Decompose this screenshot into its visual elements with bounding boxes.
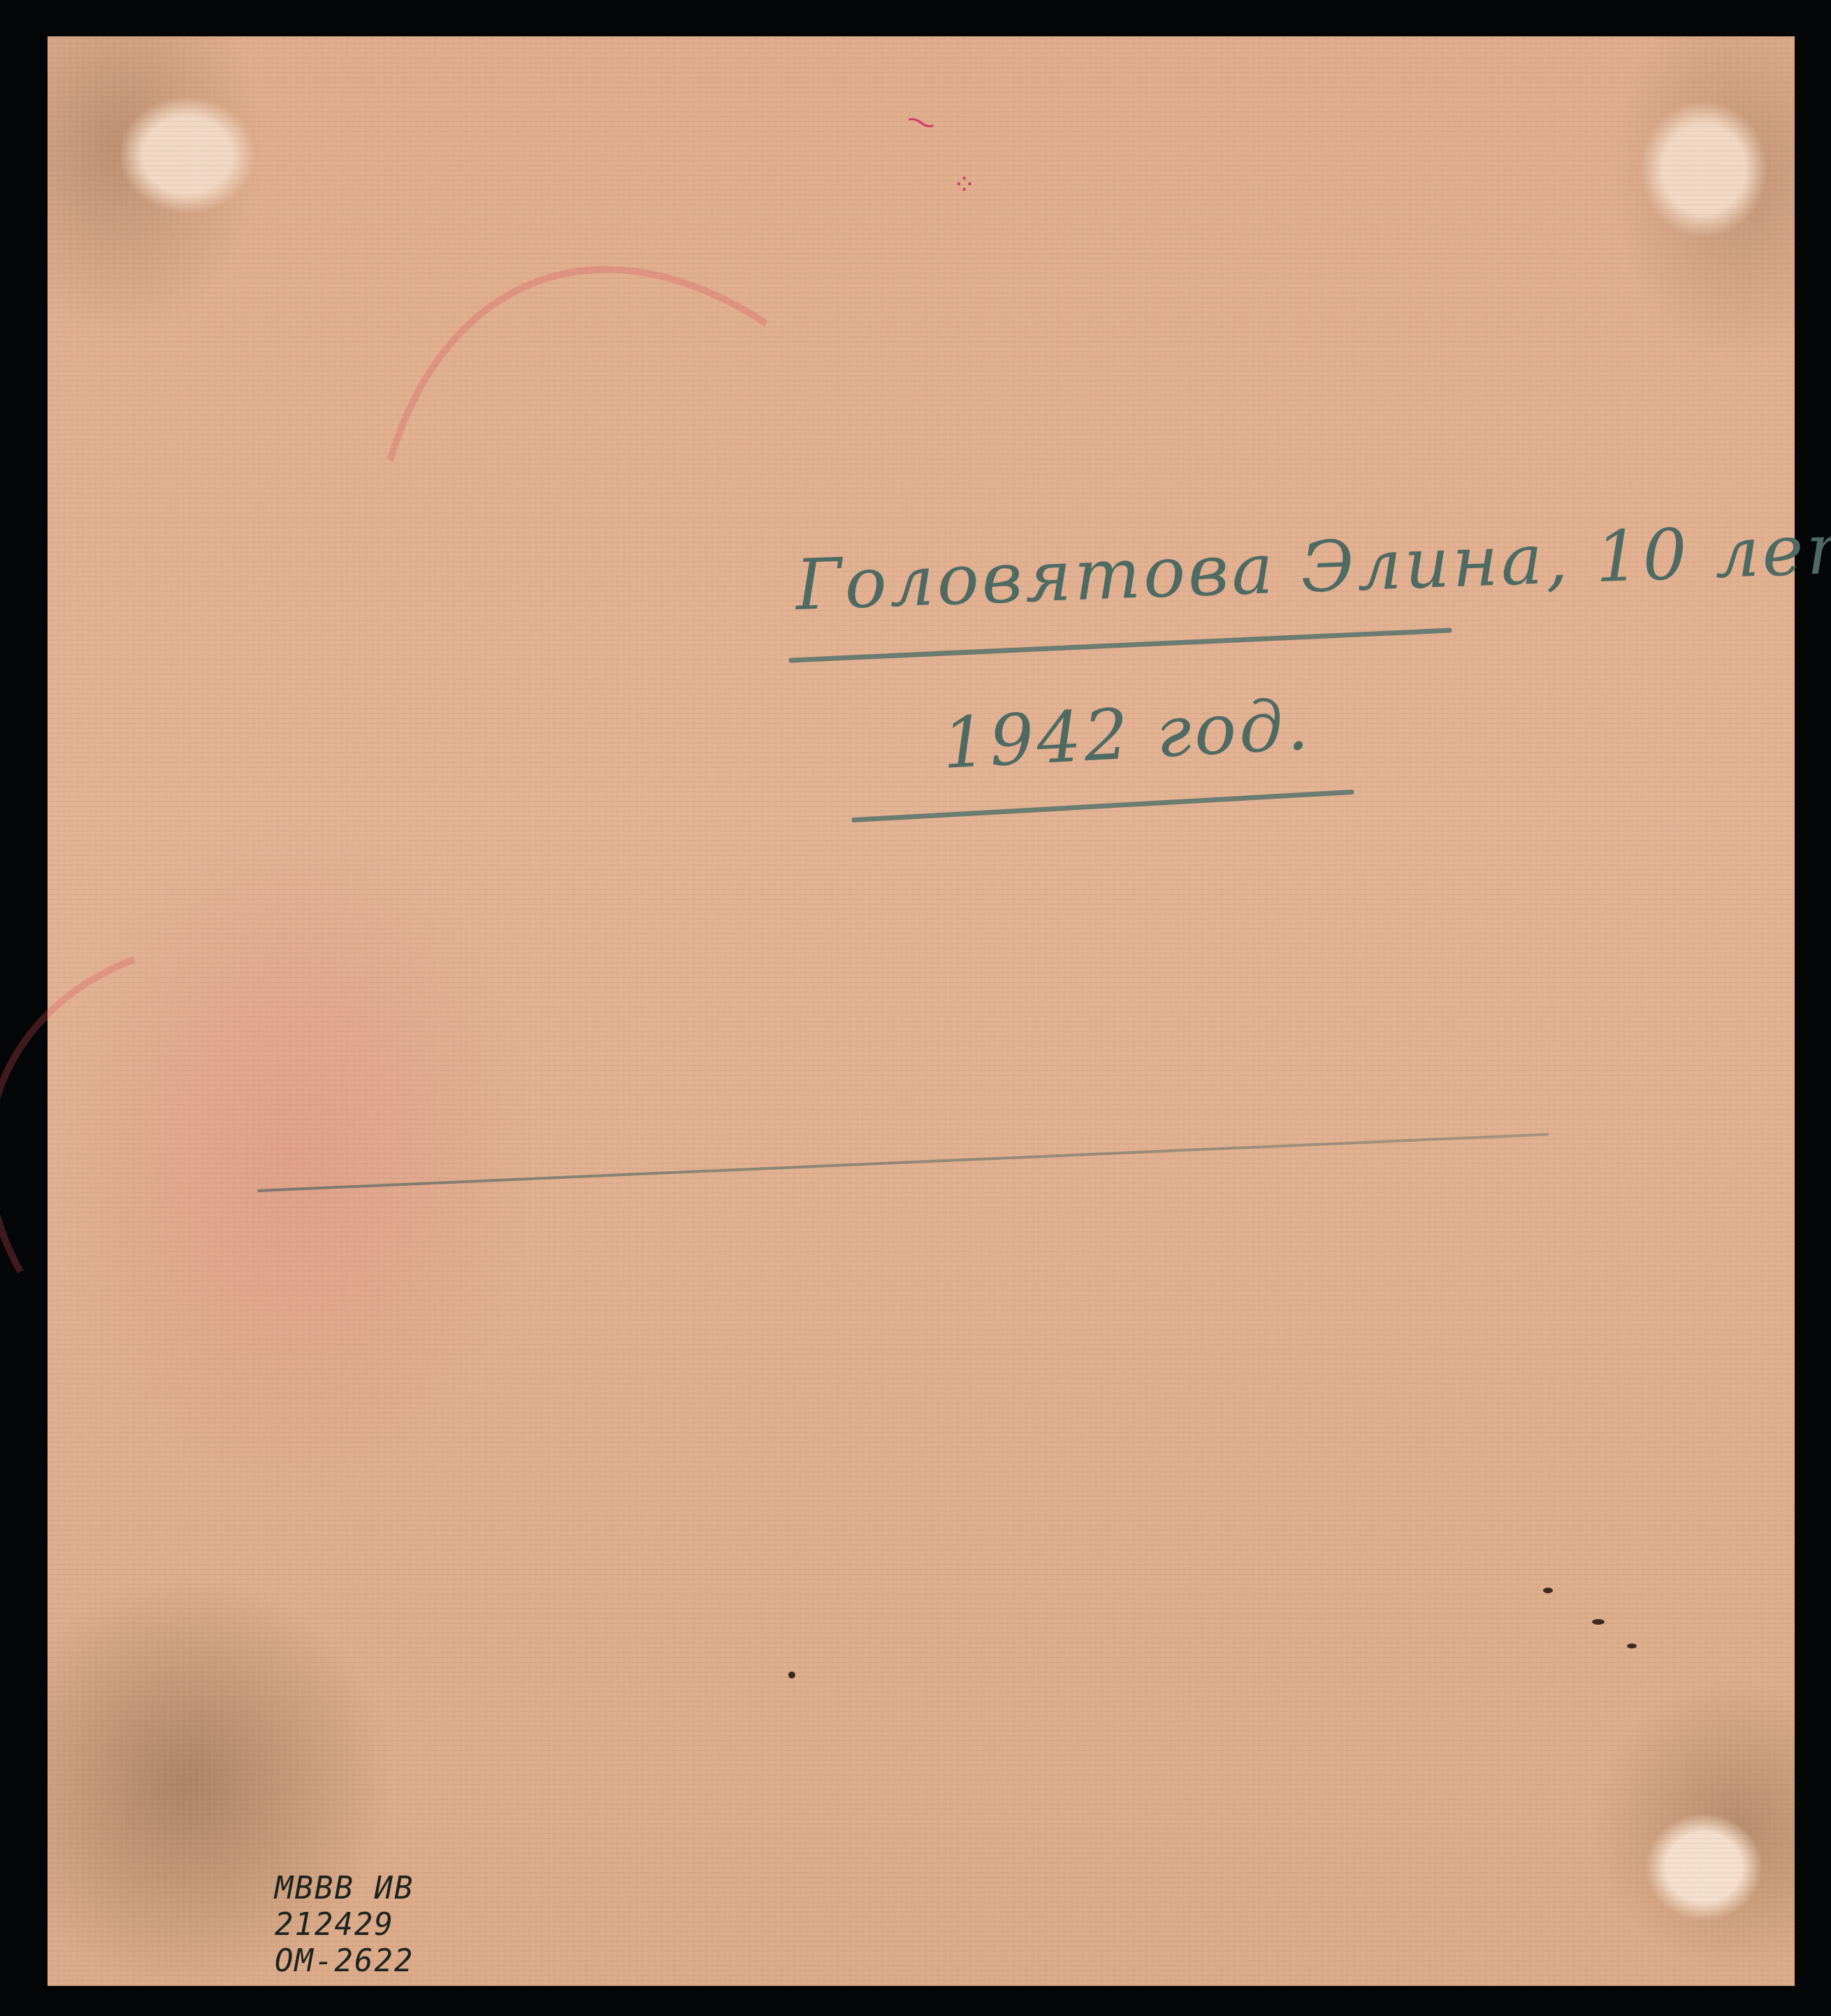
ink-spot xyxy=(1627,1644,1637,1648)
red-pencil-mark-dots: ⁘ xyxy=(953,169,976,201)
catalog-line-1: МВВВ ИВ xyxy=(275,1871,414,1907)
paper-sheet: ⁓ ⁘ Головятова Элина, 10 лет 1942 год. М… xyxy=(48,36,1795,1986)
ink-spot xyxy=(1543,1588,1553,1593)
ink-spot xyxy=(1592,1619,1605,1625)
catalog-line-3: ОМ-2622 xyxy=(275,1943,414,1980)
ink-spot xyxy=(788,1671,795,1678)
catalog-marks: МВВВ ИВ 212429 ОМ-2622 xyxy=(275,1871,414,1980)
catalog-line-2: 212429 xyxy=(275,1907,414,1943)
